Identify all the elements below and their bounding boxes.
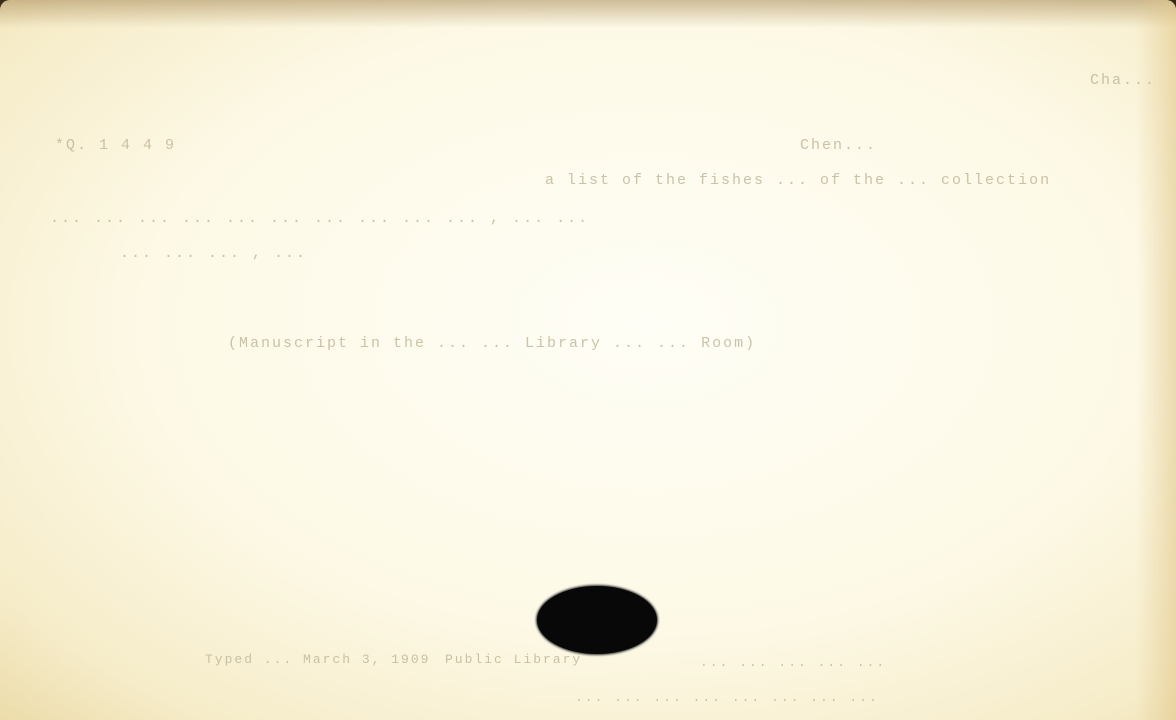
accession-number: *Q. 1 4 4 9: [55, 137, 176, 154]
punch-hole: [537, 586, 657, 654]
footer-source: Public Library: [445, 652, 582, 667]
call-number: Cha...: [1090, 72, 1156, 89]
card-note: (Manuscript in the ... ... Library ... .…: [228, 335, 756, 352]
heading-line-2: a list of the fishes ... of the ... coll…: [545, 172, 1051, 189]
heading-line-1: Chen...: [800, 137, 877, 154]
heading-line-4: ... ... ... , ...: [120, 245, 307, 262]
footer-right-line-2: ... ... ... ... ... ... ... ...: [575, 690, 879, 705]
footer-date: Typed ... March 3, 1909: [205, 652, 430, 667]
heading-line-3: ... ... ... ... ... ... ... ... ... ... …: [50, 210, 589, 227]
footer-right-line-1: ... ... ... ... ...: [700, 655, 886, 670]
catalog-card: Cha... *Q. 1 4 4 9 Chen... a list of the…: [0, 0, 1176, 720]
